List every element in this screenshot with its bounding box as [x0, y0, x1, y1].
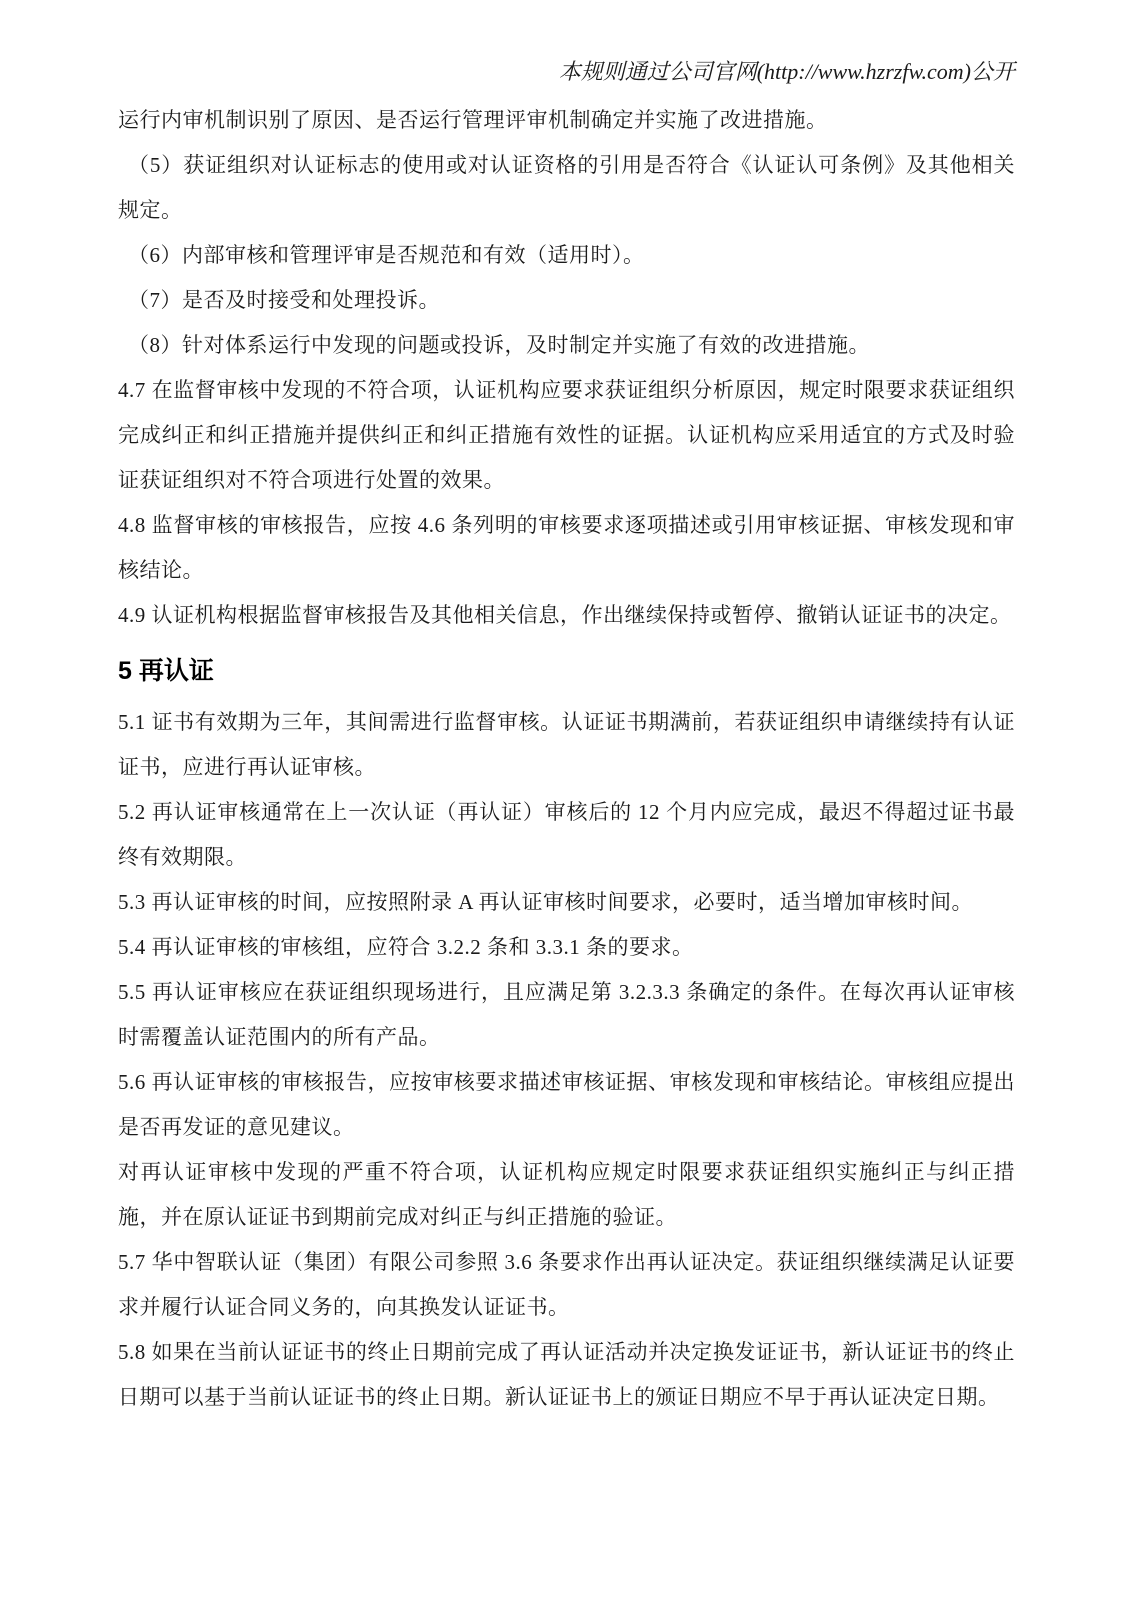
- document-body: 运行内审机制识别了原因、是否运行管理评审机制确定并实施了改进措施。 （5）获证组…: [118, 98, 1015, 1420]
- clause-4-7: 4.7 在监督审核中发现的不符合项，认证机构应要求获证组织分析原因，规定时限要求…: [118, 368, 1015, 503]
- clause-5-8: 5.8 如果在当前认证证书的终止日期前完成了再认证活动并决定换发证证书，新认证证…: [118, 1330, 1015, 1420]
- clause-5-1: 5.1 证书有效期为三年，其间需进行监督审核。认证证书期满前，若获证组织申请继续…: [118, 700, 1015, 790]
- list-item-6: （6）内部审核和管理评审是否规范和有效（适用时）。: [118, 233, 1015, 278]
- clause-4-8: 4.8 监督审核的审核报告，应按 4.6 条列明的审核要求逐项描述或引用审核证据…: [118, 503, 1015, 593]
- clause-5-2: 5.2 再认证审核通常在上一次认证（再认证）审核后的 12 个月内应完成，最迟不…: [118, 790, 1015, 880]
- clause-4-9: 4.9 认证机构根据监督审核报告及其他相关信息，作出继续保持或暂停、撤销认证证书…: [118, 593, 1015, 638]
- paragraph-continuation: 运行内审机制识别了原因、是否运行管理评审机制确定并实施了改进措施。: [118, 98, 1015, 143]
- section-heading-recertification: 5 再认证: [118, 654, 1015, 688]
- list-item-5: （5）获证组织对认证标志的使用或对认证资格的引用是否符合《认证认可条例》及其他相…: [118, 143, 1015, 233]
- clause-5-3: 5.3 再认证审核的时间，应按照附录 A 再认证审核时间要求，必要时，适当增加审…: [118, 880, 1015, 925]
- list-item-7: （7）是否及时接受和处理投诉。: [118, 278, 1015, 323]
- clause-5-5: 5.5 再认证审核应在获证组织现场进行，且应满足第 3.2.3.3 条确定的条件…: [118, 970, 1015, 1060]
- document-page: 本规则通过公司官网(http://www.hzrzfw.com)公开 运行内审机…: [0, 0, 1131, 1600]
- list-item-8: （8）针对体系运行中发现的问题或投诉，及时制定并实施了有效的改进措施。: [118, 323, 1015, 368]
- page-header-note: 本规则通过公司官网(http://www.hzrzfw.com)公开: [118, 52, 1015, 92]
- clause-5-4: 5.4 再认证审核的审核组，应符合 3.2.2 条和 3.3.1 条的要求。: [118, 925, 1015, 970]
- paragraph-serious-nonconformity: 对再认证审核中发现的严重不符合项，认证机构应规定时限要求获证组织实施纠正与纠正措…: [118, 1150, 1015, 1240]
- clause-5-6: 5.6 再认证审核的审核报告，应按审核要求描述审核证据、审核发现和审核结论。审核…: [118, 1060, 1015, 1150]
- clause-5-7: 5.7 华中智联认证（集团）有限公司参照 3.6 条要求作出再认证决定。获证组织…: [118, 1240, 1015, 1330]
